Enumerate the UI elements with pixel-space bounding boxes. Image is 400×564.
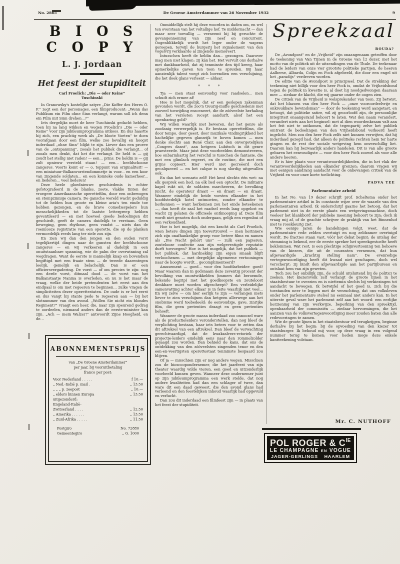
middle-paragraphs-bottom: Tja — men staat eenvoudig voor raadselen…	[155, 91, 263, 407]
letter-title: Bouda?	[270, 47, 394, 51]
column-rule	[266, 24, 267, 424]
newspaper-page: No. 2865 De Groene Amsterdammer van 26 N…	[0, 0, 400, 564]
paragraph: En dan het scenario zelf! Het kent slech…	[155, 176, 263, 225]
asterisk-separator: * * *	[155, 84, 263, 88]
letter-signature: PADVA TEE	[270, 181, 395, 185]
spreekzaal-body: Bouda? De „Avondpost” en de „Vrijheid” z…	[270, 45, 397, 417]
middle-paragraphs-top: Onmiddellijk stelt hij deze woorden in d…	[155, 23, 263, 81]
scan-artifact-tick	[27, 243, 29, 249]
middle-column: Onmiddellijk stelt hij deze woorden in d…	[155, 23, 263, 459]
paragraph: Wie de groote lijnen in het staatsbestuu…	[270, 320, 397, 342]
paragraph: Wanneer de groote massa inderdaad zoo on…	[155, 314, 263, 359]
letter-heading: Parlementaire arbeid	[270, 189, 397, 193]
ad-dealer: JAGER-GERLINGS	[271, 454, 318, 460]
ad-dealer-line: JAGER-GERLINGSHAARLEM	[267, 454, 354, 460]
middle-column-body: Onmiddellijk stelt hij deze woorden in d…	[155, 23, 263, 459]
subscription-title: ABONNEMENTSPRIJS	[49, 346, 147, 353]
paragraph: Dan zou dit inderdaad een filmfeest zijn…	[155, 399, 263, 408]
film-credit-line2: Tuschinski	[36, 96, 148, 101]
scan-artifact-tick	[28, 333, 30, 339]
scan-artifact-tick	[28, 424, 30, 430]
paragraph: De editie van de Avondpost is principiee…	[270, 80, 397, 98]
ad-brand: POL ROGER & CIE	[267, 436, 354, 448]
paragraph: Tja — men staat eenvoudig voor raadselen…	[155, 91, 263, 100]
page-header: No. 2865 De Groene Amsterdammer van 26 N…	[36, 9, 396, 18]
ad-rule	[262, 428, 361, 430]
masthead: De Groene Amsterdammer van 26 November 1…	[36, 9, 396, 17]
subscription-intro: van „De Groene Amsterdammer”per jaar, bi…	[49, 360, 147, 375]
paragraph: Wij willen waarlijk niet beweren, dat he…	[155, 123, 263, 176]
subscription-box: ABONNEMENTSPRIJS van „De Groene Amsterda…	[48, 338, 148, 462]
author-byline: L. J. Jordaan	[36, 59, 148, 69]
subscription-price-list: Voor Nederland . . . . .f 10.— „ Ned.-In…	[49, 377, 147, 422]
page-number: 9	[392, 9, 395, 17]
paragraph: In het No. van 19 dezer schrijft prof. S…	[270, 196, 397, 227]
price-row: „ Zuid-Afrika . . . . .„ 11.50	[49, 417, 147, 422]
subscription-rule	[56, 356, 140, 357]
letter-signature: Mr. C. NUTHOFF	[287, 419, 391, 425]
film-credit: Carl Froelich: „Die — oder Keine” Tuschi…	[36, 91, 148, 101]
paragraph: Iets dergelijks moet de heer Tuschinski …	[36, 121, 148, 183]
spreekzaal-column: Spreekzaal Bouda? De „Avondpost” en de „…	[270, 20, 397, 417]
paragraph: En zien wij dan den jongen en den ouden …	[36, 237, 148, 322]
paragraph: Hoe is het mogelijk, dat een kracht als …	[155, 225, 263, 265]
column-rule	[150, 24, 151, 458]
paragraph: Hoe is het mogelijk, dat er een geslepen…	[155, 100, 263, 122]
paragraph: In Granowsky's kostelijke satyre „Die Ko…	[36, 103, 148, 121]
bioscopy-article-body: In Granowsky's kostelijke satyre „Die Ko…	[36, 103, 148, 353]
paragraph: Of ja — misschien zijn er nog andere weg…	[155, 359, 263, 399]
paragraph: franco per post:	[49, 370, 147, 375]
bioscopy-column: B I O S C O P Y L. J. Jordaan Het feest …	[36, 24, 148, 353]
paragraph: Wie eenige jaren de handelingen volgt, w…	[270, 227, 397, 272]
scan-artifact-left-edge	[2, 6, 4, 30]
paragraph: Amusement — goed... voor den hoofdarbeid…	[155, 265, 263, 314]
giro-row: Gemeentegiro„ G. 1000	[49, 431, 147, 436]
byline-rule	[80, 73, 104, 75]
ad-city: HAARLEM	[324, 454, 350, 460]
letter-paragraphs: In het No. van 19 dezer schrijft prof. S…	[270, 196, 397, 343]
paragraph: De critiek van de Vrijheid is welspreken…	[270, 97, 397, 159]
section-title-bioscopy: B I O S C O P Y	[36, 24, 148, 56]
scan-artifact-tick	[27, 150, 29, 156]
article-title: Het feest der stupiditeit	[36, 78, 148, 88]
letter-paragraphs: De „Avondpost” en de „Vrijheid” zijn ona…	[270, 53, 397, 178]
paragraph: De „Avondpost” en de „Vrijheid” zijn ona…	[270, 53, 397, 80]
paragraph: Deze heele gloednieuwe geschiedenis is e…	[36, 183, 148, 236]
section-title-spreekzaal: Spreekzaal	[270, 20, 397, 43]
paragraph: Toch zou het onbillijk zijn, de schuld u…	[270, 271, 397, 320]
pol-roger-ad: POL ROGER & CIE LE CHAMPAGNE EN VOGUE JA…	[264, 433, 357, 463]
giro-numbers: PostgiroNo. 72880 Gemeentegiro„ G. 1000	[49, 426, 147, 436]
paragraph: Onmiddellijk stelt hij deze woorden in d…	[155, 23, 263, 54]
paragraph: Intusschen heeft de heldin dan... gezong…	[155, 54, 263, 81]
paragraph: Er is hier plaats voor verantwoordelijkh…	[270, 160, 397, 178]
